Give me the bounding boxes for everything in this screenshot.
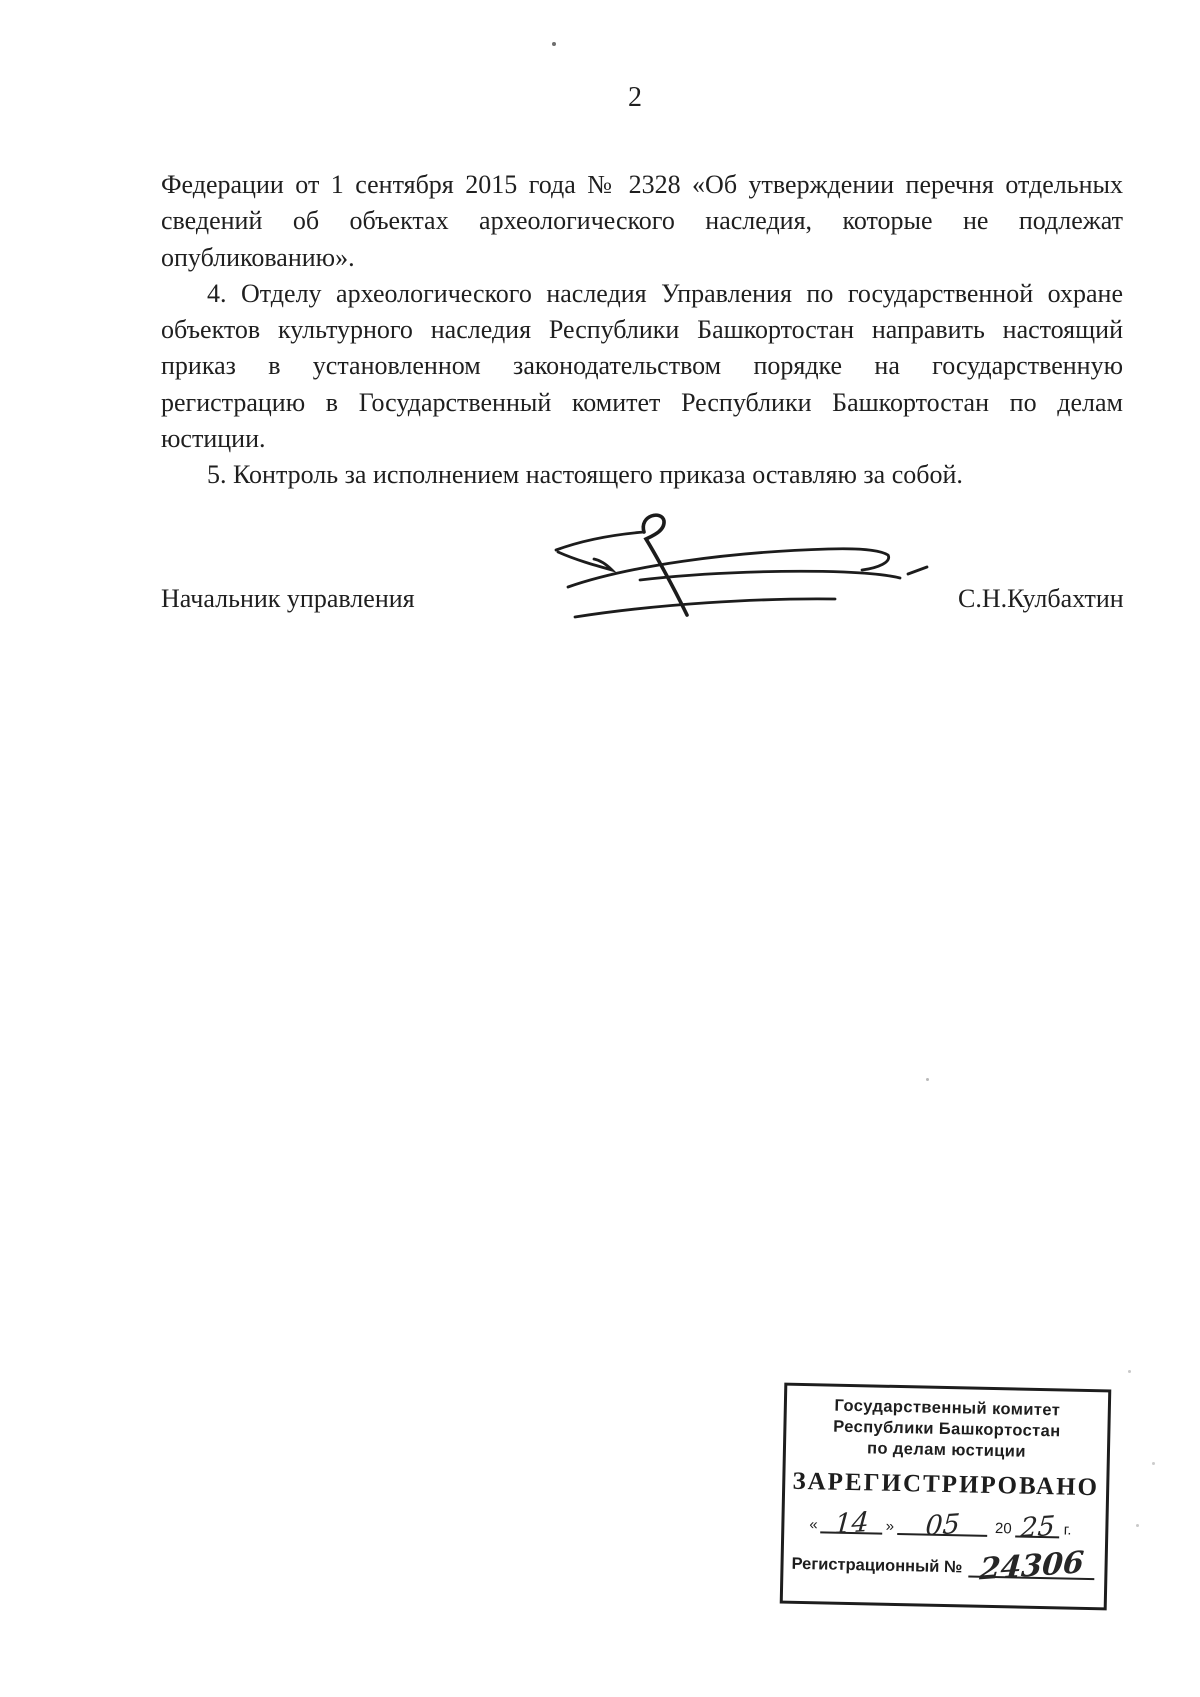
stamp-registration-row: Регистрационный № 24306 — [791, 1549, 1094, 1580]
registration-number-label: Регистрационный № — [791, 1555, 962, 1578]
handwritten-signature-icon — [528, 508, 938, 628]
page-number: 2 — [560, 82, 710, 114]
scan-speck — [926, 1078, 929, 1081]
body-line: 5. Контроль за исполнением настоящего пр… — [161, 457, 1123, 493]
body-line: приказ в установленном законодательством… — [161, 348, 1123, 384]
date-year-suffix: г. — [1064, 1521, 1072, 1538]
date-year-handwritten: 25 — [1020, 1515, 1056, 1541]
date-close-quote: » — [886, 1518, 895, 1535]
scan-speck — [1128, 1370, 1131, 1373]
date-year-field: 25 — [1016, 1515, 1060, 1538]
date-day-handwritten: 14 — [834, 1511, 870, 1537]
body-line: Федерации от 1 сентября 2015 года № 2328… — [161, 167, 1123, 203]
signer-name: С.Н.Кулбахтин — [958, 584, 1124, 614]
body-line: сведений об объектах археологического на… — [161, 203, 1123, 239]
stamp-registered-label: ЗАРЕГИСТРИРОВАНО — [785, 1468, 1107, 1503]
scan-speck — [552, 42, 556, 46]
registration-number-handwritten: 24306 — [978, 1550, 1084, 1583]
date-day-field: 14 — [821, 1511, 883, 1534]
body-line: объектов культурного наследия Республики… — [161, 312, 1123, 348]
body-line: 4. Отделу археологического наследия Упра… — [161, 276, 1123, 312]
date-year-prefix: 20 — [995, 1520, 1012, 1537]
date-open-quote: « — [809, 1516, 818, 1533]
body-line: опубликованию». — [161, 240, 1123, 276]
registration-number-field: 24306 — [968, 1552, 1095, 1580]
document-body: Федерации от 1 сентября 2015 года № 2328… — [161, 167, 1123, 494]
document-page: 2 Федерации от 1 сентября 2015 года № 23… — [0, 0, 1200, 1697]
date-month-field: 05 — [897, 1513, 987, 1537]
stamp-organization: Государственный комитет Республики Башко… — [786, 1395, 1108, 1465]
registration-stamp: Государственный комитет Республики Башко… — [780, 1383, 1112, 1611]
date-month-handwritten: 05 — [924, 1513, 960, 1539]
scan-speck — [1136, 1524, 1139, 1527]
body-line: регистрацию в Государственный комитет Ре… — [161, 385, 1123, 421]
signer-position-label: Начальник управления — [161, 584, 415, 614]
body-line: юстиции. — [161, 421, 1123, 457]
scan-speck — [1152, 1462, 1155, 1465]
stamp-date-row: « 14 » 05 20 25 г. — [806, 1511, 1087, 1539]
